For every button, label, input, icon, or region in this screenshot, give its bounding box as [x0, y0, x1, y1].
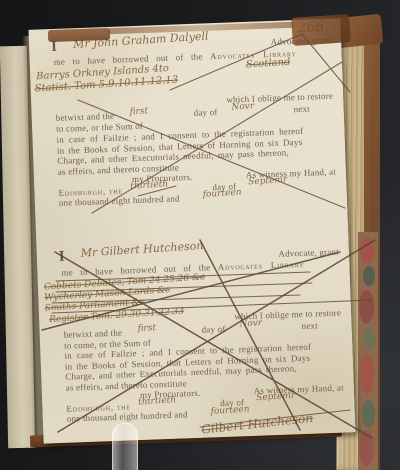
entry2-signed-day: thirtieth [138, 395, 176, 407]
marble-blob [360, 238, 374, 264]
entry1-signed-day: thirtieth [130, 179, 168, 191]
entry2-initial: I [59, 249, 65, 266]
entry1-signed-month: Septemr [248, 175, 288, 187]
entry1-day-of: day of [193, 107, 217, 118]
register-page: 266. I Mr John Graham Dalyell Advocate, … [29, 18, 356, 443]
page-holder-strip [112, 423, 138, 470]
marble-blob [363, 266, 375, 286]
entry2-day-of: day of [201, 324, 225, 335]
entry1-return-day: first [129, 106, 148, 117]
tape-stain-right [291, 14, 351, 46]
entry1-signed-year: fourteen [202, 188, 241, 200]
entry2-return-day: first [137, 323, 156, 334]
entry1-book-struck-word: Scotland [246, 57, 291, 71]
marble-blob [359, 290, 374, 324]
entry2-signed-month: Septemr [256, 391, 296, 403]
entry2-return-month: Novr [239, 318, 262, 329]
marble-blob [364, 328, 375, 350]
marble-blob [362, 400, 375, 428]
entry2-next-word: next [301, 320, 318, 331]
entry2-borrower-name: Mr Gilbert Hutcheson [80, 239, 203, 260]
marbled-endpaper-strip [358, 232, 378, 470]
marble-blob [360, 354, 374, 394]
entry1-next-word: next [293, 104, 310, 115]
photograph-of-library-borrowing-register: 266. I Mr John Graham Dalyell Advocate, … [0, 0, 400, 470]
tape-stain-left [48, 28, 110, 42]
marble-blob [359, 430, 374, 466]
entry2-library-name: Advocates Library [218, 259, 305, 272]
entry2-signed-year: fourteen [210, 405, 249, 417]
entry2-advocate-grant: Advocate, grant [278, 247, 339, 259]
entry1-return-month: Novr [231, 101, 254, 112]
